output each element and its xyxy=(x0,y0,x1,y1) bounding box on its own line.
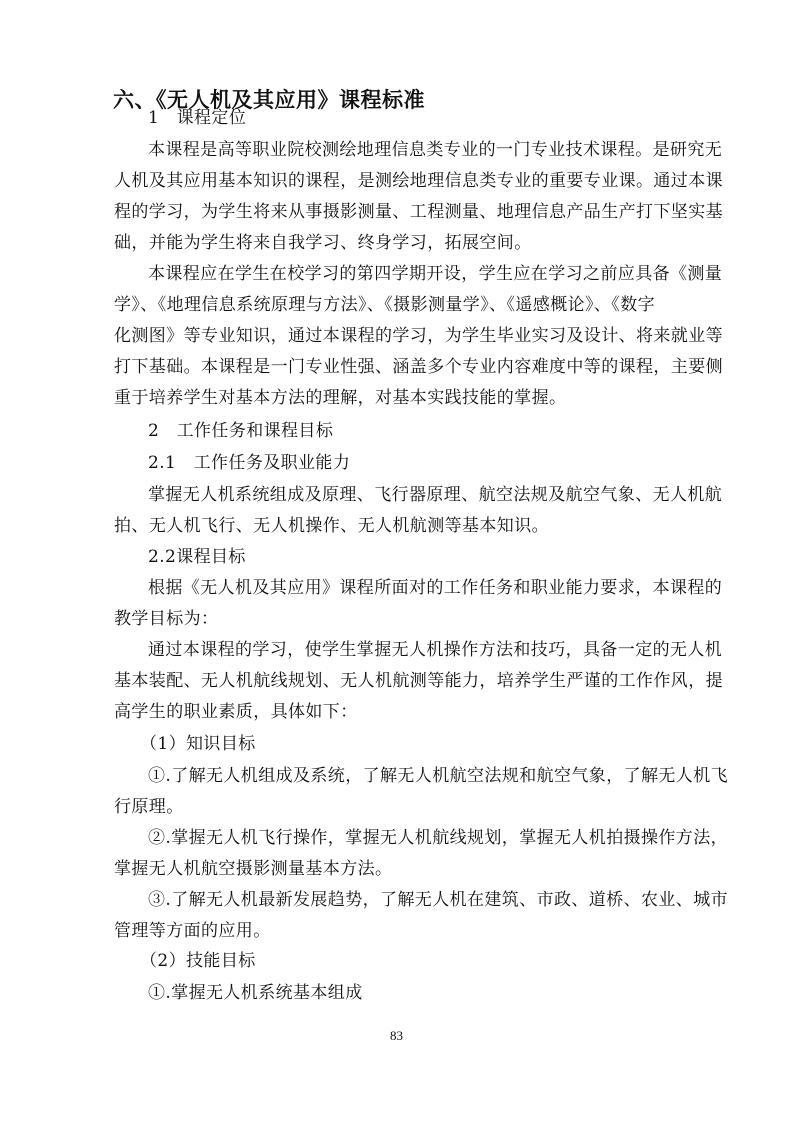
text-line: 基本装配、无人机航线规划、无人机航测等能力，培养学生严谨的工作作风，提 xyxy=(114,671,680,691)
text-line: 重于培养学生对基本方法的理解，对基本实践技能的掌握。 xyxy=(114,388,680,408)
text-line: 学》、《地理信息系统原理与方法》、《摄影测量学》、《遥感概论》、《数字 xyxy=(114,295,680,315)
text-line: ①.了解无人机组成及系统，了解无人机航空法规和航空气象，了解无人机飞 xyxy=(148,766,714,786)
text-line: 人机及其应用基本知识的课程，是测绘地理信息类专业的重要专业课。通过本课 xyxy=(114,171,680,191)
text-line: 根据《无人机及其应用》课程所面对的工作任务和职业能力要求，本课程的 xyxy=(148,578,714,598)
text-line: 1 课程定位 xyxy=(148,108,714,128)
text-line: 教学目标为： xyxy=(114,609,680,629)
text-line: 拍、无人机飞行、无人机操作、无人机航测等基本知识。 xyxy=(114,516,680,536)
text-line: 管理等方面的应用。 xyxy=(114,921,680,941)
text-line: 2 工作任务和课程目标 xyxy=(148,421,714,441)
text-line: 程的学习，为学生将来从事摄影测量、工程测量、地理信息产品生产打下坚实基 xyxy=(114,202,680,222)
text-line: 2.1 工作任务及职业能力 xyxy=(148,453,714,473)
text-line: 掌握无人机系统组成及原理、飞行器原理、航空法规及航空气象、无人机航 xyxy=(148,485,714,505)
page-number: 83 xyxy=(0,1028,793,1044)
text-line: 行原理。 xyxy=(114,797,680,817)
text-line: 通过本课程的学习，使学生掌握无人机操作方法和技巧，具备一定的无人机 xyxy=(148,640,714,660)
text-line: 本课程是高等职业院校测绘地理信息类专业的一门专业技术课程。是研究无 xyxy=(148,140,714,160)
text-line: 化测图》等专业知识，通过本课程的学习，为学生毕业实习及设计、将来就业等 xyxy=(114,326,680,346)
text-line: 打下基础。本课程是一门专业性强、涵盖多个专业内容难度中等的课程，主要侧 xyxy=(114,357,680,377)
text-line: （2）技能目标 xyxy=(140,951,706,971)
text-line: 础，并能为学生将来自我学习、终身学习，拓展空间。 xyxy=(114,233,680,253)
text-line: 2.2课程目标 xyxy=(148,547,714,567)
text-line: （1）知识目标 xyxy=(140,734,706,754)
text-line: ①.掌握无人机系统基本组成 xyxy=(148,983,714,1003)
text-line: 本课程应在学生在校学习的第四学期开设，学生应在学习之前应具备《测量 xyxy=(148,264,714,284)
text-line: 高学生的职业素质，具体如下： xyxy=(114,702,680,722)
text-line: ③.了解无人机最新发展趋势，了解无人机在建筑、市政、道桥、农业、城市 xyxy=(148,890,714,910)
document-page: 六、《无人机及其应用》课程标准 1 课程定位本课程是高等职业院校测绘地理信息类专… xyxy=(0,0,793,1122)
text-line: 掌握无人机航空摄影测量基本方法。 xyxy=(114,859,680,879)
text-line: ②.掌握无人机飞行操作，掌握无人机航线规划，掌握无人机拍摄操作方法， xyxy=(148,828,714,848)
